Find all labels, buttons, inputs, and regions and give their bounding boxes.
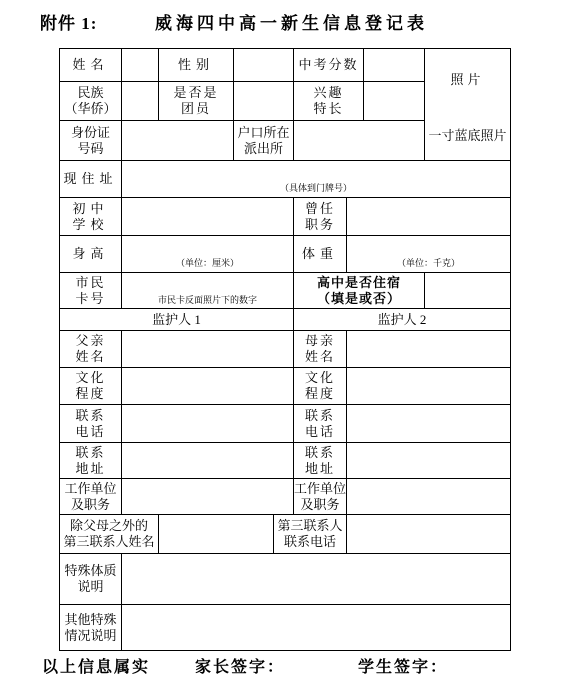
father-address-input-cell[interactable]	[122, 443, 294, 479]
police-station-input-cell[interactable]	[294, 121, 425, 161]
table-row: 其他特殊 情况说明	[60, 605, 511, 651]
other-special-label: 其他特殊 情况说明	[60, 605, 122, 651]
father-address-label: 联系 地址	[60, 443, 122, 479]
table-row: 文化 程度 文化 程度	[60, 368, 511, 405]
table-row: 姓名 性别 中考分数 照片 一寸蓝底照片	[60, 49, 511, 82]
father-phone-input-cell[interactable]	[122, 405, 294, 443]
student-registration-form-page: 附件 1: 威海四中高一新生信息登记表 姓名 性别 中考分数 照片 一寸蓝底照片	[0, 0, 568, 694]
mother-name-input-cell[interactable]	[347, 331, 511, 368]
junior-school-label: 初中 学校	[60, 198, 122, 236]
parent-signature-label: 家长签字：	[195, 654, 285, 677]
third-contact-name-input-cell[interactable]	[159, 515, 274, 554]
table-row: 除父母之外的 第三联系人姓名 第三联系人 联系电话	[60, 515, 511, 554]
father-name-input-cell[interactable]	[122, 331, 294, 368]
title-bar: 附件 1: 威海四中高一新生信息登记表	[0, 9, 568, 35]
signature-footer: 以上信息属实 家长签字： 学生签字：	[0, 654, 568, 678]
third-contact-name-label: 除父母之外的 第三联系人姓名	[60, 515, 159, 554]
weight-label: 体重	[294, 236, 347, 273]
special-physique-input-cell[interactable]	[122, 554, 511, 605]
address-label: 现住址	[60, 161, 122, 198]
photo-cell[interactable]: 照片 一寸蓝底照片	[425, 49, 511, 161]
table-row: 联系 地址 联系 地址	[60, 443, 511, 479]
photo-label: 照片	[451, 72, 485, 88]
other-special-input-cell[interactable]	[122, 605, 511, 651]
address-input-cell[interactable]: （具体到门牌号）	[122, 161, 511, 198]
league-member-label: 是否是 团员	[159, 82, 234, 121]
weight-input-cell[interactable]: （单位：千克）	[347, 236, 511, 273]
id-number-input-cell[interactable]	[122, 121, 234, 161]
table-row: 联系 电话 联系 电话	[60, 405, 511, 443]
mother-work-input-cell[interactable]	[347, 479, 511, 515]
student-signature-label: 学生签字：	[358, 654, 448, 677]
ethnicity-label: 民族 （华侨）	[60, 82, 122, 121]
attachment-label: 附件 1:	[40, 9, 97, 34]
table-row: 初中 学校 曾任 职务	[60, 198, 511, 236]
table-row: 现住址 （具体到门牌号）	[60, 161, 511, 198]
father-education-label: 文化 程度	[60, 368, 122, 405]
mother-name-label: 母亲 姓名	[294, 331, 347, 368]
name-input-cell[interactable]	[122, 49, 159, 82]
third-contact-phone-input-cell[interactable]	[347, 515, 511, 554]
former-position-input-cell[interactable]	[347, 198, 511, 236]
father-work-input-cell[interactable]	[122, 479, 294, 515]
junior-school-input-cell[interactable]	[122, 198, 294, 236]
gender-label: 性别	[159, 49, 234, 82]
registration-table: 姓名 性别 中考分数 照片 一寸蓝底照片 民族 （华侨） 是否是 团员	[59, 48, 511, 651]
father-work-label: 工作单位 及职务	[60, 479, 122, 515]
height-unit-hint: （单位：厘米）	[176, 258, 239, 268]
truth-statement: 以上信息属实	[42, 654, 150, 677]
father-education-input-cell[interactable]	[122, 368, 294, 405]
photo-note: 一寸蓝底照片	[429, 128, 507, 144]
special-physique-label: 特殊体质 说明	[60, 554, 122, 605]
table-row: 特殊体质 说明	[60, 554, 511, 605]
mother-work-label: 工作单位 及职务	[294, 479, 347, 515]
league-member-input-cell[interactable]	[234, 82, 294, 121]
father-phone-label: 联系 电话	[60, 405, 122, 443]
gender-input-cell[interactable]	[234, 49, 294, 82]
father-name-label: 父亲 姓名	[60, 331, 122, 368]
page-title: 威海四中高一新生信息登记表	[155, 9, 428, 34]
address-hint: （具体到门牌号）	[280, 183, 352, 193]
mother-address-label: 联系 地址	[294, 443, 347, 479]
height-label: 身高	[60, 236, 122, 273]
ethnicity-input-cell[interactable]	[122, 82, 159, 121]
police-station-label: 户口所在 派出所	[234, 121, 294, 161]
table-row: 市民 卡号 市民卡反面照片下的数字 高中是否住宿 （填是或否）	[60, 273, 511, 309]
table-row: 身高 （单位：厘米） 体重 （单位：千克）	[60, 236, 511, 273]
boarding-input-cell[interactable]	[425, 273, 511, 309]
citizen-card-label: 市民 卡号	[60, 273, 122, 309]
mother-phone-label: 联系 电话	[294, 405, 347, 443]
third-contact-phone-label: 第三联系人 联系电话	[274, 515, 347, 554]
weight-unit-hint: （单位：千克）	[397, 258, 460, 268]
id-number-label: 身份证 号码	[60, 121, 122, 161]
mother-phone-input-cell[interactable]	[347, 405, 511, 443]
former-position-label: 曾任 职务	[294, 198, 347, 236]
guardian2-header: 监护人 2	[294, 309, 511, 331]
guardian1-header: 监护人 1	[60, 309, 294, 331]
mother-education-label: 文化 程度	[294, 368, 347, 405]
citizen-card-input-cell[interactable]: 市民卡反面照片下的数字	[122, 273, 294, 309]
boarding-label: 高中是否住宿 （填是或否）	[294, 273, 425, 309]
mother-education-input-cell[interactable]	[347, 368, 511, 405]
table-row: 工作单位 及职务 工作单位 及职务	[60, 479, 511, 515]
citizen-card-hint: 市民卡反面照片下的数字	[158, 295, 257, 305]
table-row: 父亲 姓名 母亲 姓名	[60, 331, 511, 368]
name-label: 姓名	[60, 49, 122, 82]
exam-score-label: 中考分数	[294, 49, 364, 82]
table-row: 监护人 1 监护人 2	[60, 309, 511, 331]
mother-address-input-cell[interactable]	[347, 443, 511, 479]
height-input-cell[interactable]: （单位：厘米）	[122, 236, 294, 273]
exam-score-input-cell[interactable]	[364, 49, 425, 82]
interest-label: 兴趣 特长	[294, 82, 364, 121]
interest-input-cell[interactable]	[364, 82, 425, 121]
